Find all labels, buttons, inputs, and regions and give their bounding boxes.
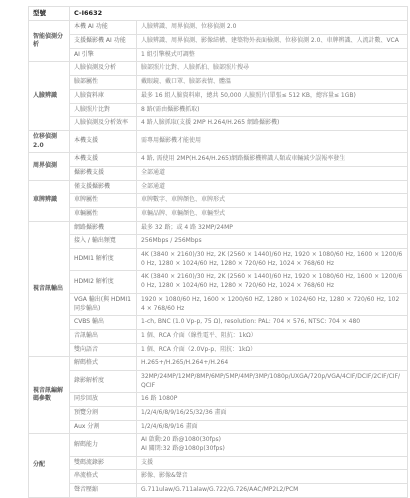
spec-value: 臉部照片比對、人臉抓拍、臉部照片搜尋 <box>137 62 408 76</box>
spec-row: 同步回放16 路 1080P <box>29 393 408 407</box>
section-name: 位移偵測 2.0 <box>29 130 70 152</box>
spec-row: 攝影機支援全部通道 <box>29 166 408 180</box>
spec-label: 僅支援攝影機 <box>70 180 137 194</box>
spec-row: 接入 / 輸出頻寬256Mbps / 256Mbps <box>29 235 408 249</box>
spec-label: 本機 AI 功能 <box>70 21 137 35</box>
spec-value: 人臉辨識、周界偵測、影像結構、建築物外表面檢測、位移偵測 2.0、車牌辨識、人流… <box>137 35 408 49</box>
spec-label: 支援攝影機 AI 功能 <box>70 35 137 49</box>
spec-row: HDMI2 解析度4K (3840 × 2160)/30 Hz, 2K (256… <box>29 271 408 293</box>
spec-row: 車牌辨識僅支援攝影機全部通道 <box>29 180 408 194</box>
spec-label: 攝影機支援 <box>70 166 137 180</box>
section-name: 視音訊輸出 <box>29 221 70 357</box>
spec-value: 最多 32 路；或 4 路 32MP/24MP <box>137 221 408 235</box>
spec-label: 同步回放 <box>70 393 137 407</box>
spec-value: 戴眼鏡、戴口罩、臉部表情、體溫 <box>137 76 408 90</box>
spec-label: 接入 / 輸出頻寬 <box>70 235 137 249</box>
spec-label: 雙向語音 <box>70 343 137 357</box>
spec-value: 4K (3840 × 2160)/30 Hz, 2K (2560 × 1440)… <box>137 249 408 271</box>
spec-row: 車輛屬性車輛品牌、車輛顏色、車輛型式 <box>29 208 408 222</box>
spec-label: 人臉偵測及分析 <box>70 62 137 76</box>
spec-label: 本機支援 <box>70 130 137 152</box>
section-name: 視音訊編解碼參數 <box>29 357 70 410</box>
spec-label: 預覽分割 <box>70 407 137 410</box>
spec-value: 全部通道 <box>137 166 408 180</box>
spec-sheet: 型號 C-I6632 智能偵測分析本機 AI 功能人臉辨識、周界偵測、位移偵測 … <box>28 6 408 410</box>
spec-label: AI 引擎 <box>70 48 137 62</box>
spec-value: 最多 16 組人臉資料庫，總共 50,000 人臉照片(單張≤ 512 KB，總… <box>137 89 408 103</box>
spec-value: 1920 × 1080/60 Hz, 1600 × 1200/60 HZ, 12… <box>137 293 408 315</box>
spec-value: 16 路 1080P <box>137 393 408 407</box>
spec-row: 人臉偵測及分析效率4 路人臉抓取(支援 2MP H.264/H.265 網路攝影… <box>29 117 408 131</box>
section-name: 人臉辨識 <box>29 62 70 130</box>
spec-row: 位移偵測 2.0本機支援需專用攝影機才能使用 <box>29 130 408 152</box>
spec-value: 32MP/24MP/12MP/8MP/6MP/5MP/4MP/3MP/1080p… <box>137 370 408 392</box>
spec-row: 臉部屬性戴眼鏡、戴口罩、臉部表情、體溫 <box>29 76 408 90</box>
spec-label: 臉部屬性 <box>70 76 137 90</box>
spec-value: 4 路, 需使用 2MP(H.264/H.265)網路攝影機辨識人類或車輛減少誤… <box>137 153 408 167</box>
model-label: 型號 <box>29 7 70 21</box>
spec-label: VGA 輸出(與 HDMI1 同步輸出) <box>70 293 137 315</box>
spec-label: CVBS 輸出 <box>70 316 137 330</box>
spec-row: 音訊輸出1 個、RCA 介面（線性電平、阻抗：1kΩ） <box>29 329 408 343</box>
spec-row: 雙向語音1 個、RCA 介面（2.0Vp-p、阻抗：1kΩ） <box>29 343 408 357</box>
spec-row: 人臉資料庫最多 16 組人臉資料庫，總共 50,000 人臉照片(單張≤ 512… <box>29 89 408 103</box>
section-name: 周界偵測 <box>29 153 70 180</box>
spec-value: 1/2/4/6/8/9/16/25/32/36 畫面 <box>137 407 408 410</box>
spec-value: 需專用攝影機才能使用 <box>137 130 408 152</box>
spec-row: CVBS 輸出1-ch, BNC (1.0 Vp-p, 75 Ω), resol… <box>29 316 408 330</box>
spec-value: 4K (3840 × 2160)/30 Hz, 2K (2560 × 1440)… <box>137 271 408 293</box>
spec-row: 周界偵測本機支援4 路, 需使用 2MP(H.264/H.265)網路攝影機辨識… <box>29 153 408 167</box>
spec-label: HDMI1 解析度 <box>70 249 137 271</box>
spec-row: VGA 輸出(與 HDMI1 同步輸出)1920 × 1080/60 Hz, 1… <box>29 293 408 315</box>
spec-row: 車牌屬性車牌數字、車牌顏色、車牌形式 <box>29 194 408 208</box>
spec-row: 人臉辨識人臉偵測及分析臉部照片比對、人臉抓拍、臉部照片搜尋 <box>29 62 408 76</box>
spec-row: 視音訊輸出網路攝影機最多 32 路；或 4 路 32MP/24MP <box>29 221 408 235</box>
spec-value: 1-ch, BNC (1.0 Vp-p, 75 Ω), resolution: … <box>137 316 408 330</box>
spec-label: 車牌屬性 <box>70 194 137 208</box>
spec-value: 8 路(需由攝影機抓取) <box>137 103 408 117</box>
spec-label: 網路攝影機 <box>70 221 137 235</box>
spec-table: 型號 C-I6632 智能偵測分析本機 AI 功能人臉辨識、周界偵測、位移偵測 … <box>28 6 408 410</box>
spec-row: 預覽分割1/2/4/6/8/9/16/25/32/36 畫面 <box>29 407 408 410</box>
spec-value: 1 組引擎模式可調整 <box>137 48 408 62</box>
spec-row: AI 引擎1 組引擎模式可調整 <box>29 48 408 62</box>
spec-value: 256Mbps / 256Mbps <box>137 235 408 249</box>
spec-label: 人臉照片比對 <box>70 103 137 117</box>
model-value: C-I6632 <box>70 7 408 21</box>
spec-label: 車輛屬性 <box>70 208 137 222</box>
spec-row: 支援攝影機 AI 功能人臉辨識、周界偵測、影像結構、建築物外表面檢測、位移偵測 … <box>29 35 408 49</box>
model-row: 型號 C-I6632 <box>29 7 408 21</box>
spec-value: 車輛品牌、車輛顏色、車輛型式 <box>137 208 408 222</box>
spec-row: 智能偵測分析本機 AI 功能人臉辨識、周界偵測、位移偵測 2.0 <box>29 21 408 35</box>
spec-value: 全部通道 <box>137 180 408 194</box>
spec-label: HDMI2 解析度 <box>70 271 137 293</box>
spec-row: 錄影解析度32MP/24MP/12MP/8MP/6MP/5MP/4MP/3MP/… <box>29 370 408 392</box>
spec-value: 人臉辨識、周界偵測、位移偵測 2.0 <box>137 21 408 35</box>
spec-label: 人臉偵測及分析效率 <box>70 117 137 131</box>
spec-label: 解碼格式 <box>70 357 137 371</box>
spec-row: HDMI1 解析度4K (3840 × 2160)/30 Hz, 2K (256… <box>29 249 408 271</box>
spec-value: 車牌數字、車牌顏色、車牌形式 <box>137 194 408 208</box>
spec-value: 4 路人臉抓取(支援 2MP H.264/H.265 網路攝影機) <box>137 117 408 131</box>
spec-label: 本機支援 <box>70 153 137 167</box>
spec-value: H.265+/H.265/H.264+/H.264 <box>137 357 408 371</box>
spec-row: 人臉照片比對8 路(需由攝影機抓取) <box>29 103 408 117</box>
spec-value: 1 個、RCA 介面（線性電平、阻抗：1kΩ） <box>137 329 408 343</box>
section-name: 智能偵測分析 <box>29 21 70 62</box>
spec-label: 人臉資料庫 <box>70 89 137 103</box>
spec-label: 音訊輸出 <box>70 329 137 343</box>
spec-table-body: 型號 C-I6632 智能偵測分析本機 AI 功能人臉辨識、周界偵測、位移偵測 … <box>29 7 408 411</box>
spec-label: 錄影解析度 <box>70 370 137 392</box>
spec-value: 1 個、RCA 介面（2.0Vp-p、阻抗：1kΩ） <box>137 343 408 357</box>
section-name: 車牌辨識 <box>29 180 70 221</box>
spec-row: 視音訊編解碼參數解碼格式H.265+/H.265/H.264+/H.264 <box>29 357 408 371</box>
